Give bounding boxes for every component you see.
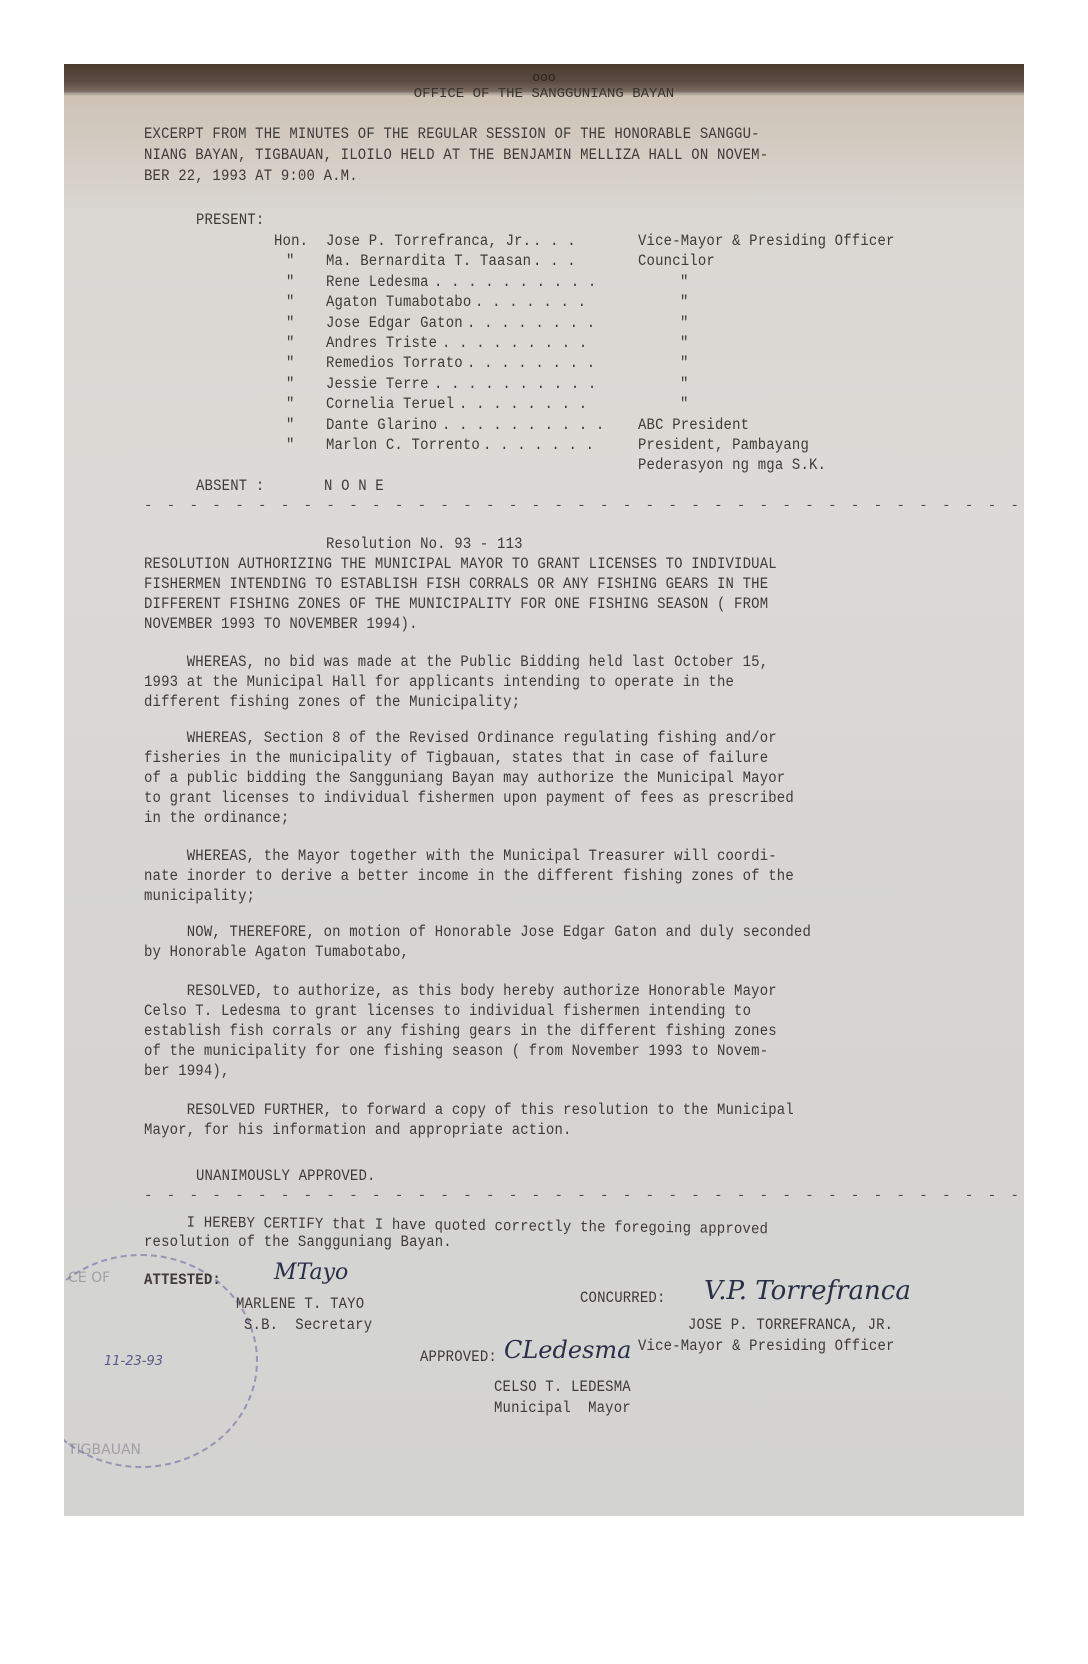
member-position: " bbox=[680, 353, 689, 374]
member-leader-dots: . . . . . . . . bbox=[459, 394, 587, 415]
approved-signature: CLedesma bbox=[504, 1336, 631, 1364]
resolution-title-line: RESOLUTION AUTHORIZING THE MUNICIPAL MAY… bbox=[144, 554, 777, 575]
member-prefix: " bbox=[286, 333, 295, 354]
resolution-title-line: FISHERMEN INTENDING TO ESTABLISH FISH CO… bbox=[144, 574, 768, 595]
member-leader-dots: . . . . . . . . bbox=[467, 353, 595, 374]
member-position: " bbox=[680, 313, 689, 334]
member-name: Marlon C. Torrento bbox=[326, 435, 480, 456]
member-position: ABC President bbox=[638, 415, 749, 436]
member-leader-dots: . . . . . . . . . bbox=[442, 333, 587, 354]
approved-label: APPROVED: bbox=[420, 1347, 497, 1368]
member-prefix: " bbox=[286, 374, 295, 395]
resolution-title-line: NOVEMBER 1993 TO NOVEMBER 1994). bbox=[144, 614, 418, 635]
member-prefix: " bbox=[286, 251, 295, 272]
paragraph-line: Mayor, for his information and appropria… bbox=[144, 1120, 572, 1141]
paragraph-line: Celso T. Ledesma to grant licenses to in… bbox=[144, 1001, 751, 1022]
member-name: Agaton Tumabotabo bbox=[326, 292, 471, 313]
paragraph-line: 1993 at the Municipal Hall for applicant… bbox=[144, 672, 734, 693]
member-prefix: Hon. bbox=[274, 231, 308, 252]
member-position: " bbox=[680, 333, 689, 354]
paragraph-line: RESOLVED, to authorize, as this body her… bbox=[144, 981, 777, 1002]
member-name: Rene Ledesma bbox=[326, 272, 429, 293]
member-leader-dots: . . . . . . . bbox=[475, 292, 586, 313]
concurred-signature: V.P. Torrefranca bbox=[704, 1276, 911, 1306]
certification-line: resolution of the Sangguniang Bayan. bbox=[144, 1232, 452, 1253]
member-leader-dots: . . . . . . . . . . bbox=[434, 272, 596, 293]
paragraph-line: ber 1994), bbox=[144, 1061, 230, 1082]
paragraph-line: WHEREAS, the Mayor together with the Mun… bbox=[144, 846, 777, 867]
paragraph-line: to grant licenses to individual fisherme… bbox=[144, 788, 794, 809]
member-name: Cornelia Teruel bbox=[326, 394, 454, 415]
member-leader-dots: . . . bbox=[533, 231, 576, 252]
concurred-title: Vice-Mayor & Presiding Officer bbox=[638, 1336, 895, 1357]
separator-line-2: - - - - - - - - - - - - - - - - - - - - … bbox=[144, 1188, 1024, 1204]
resolution-title-line: DIFFERENT FISHING ZONES OF THE MUNICIPAL… bbox=[144, 594, 768, 615]
excerpt-line: NIANG BAYAN, TIGBAUAN, ILOILO HELD AT TH… bbox=[144, 145, 768, 166]
member-leader-dots: . . . bbox=[533, 251, 576, 272]
paragraph-line: different fishing zones of the Municipal… bbox=[144, 692, 520, 713]
attested-title: S.B. Secretary bbox=[244, 1315, 372, 1336]
member-position: Councilor bbox=[638, 251, 715, 272]
absent-value: N O N E bbox=[324, 476, 384, 497]
member-position: President, Pambayang bbox=[638, 435, 809, 456]
separator-line: - - - - - - - - - - - - - - - - - - - - … bbox=[144, 498, 1024, 514]
member-leader-dots: . . . . . . . . . . bbox=[434, 374, 596, 395]
paragraph-line: of the municipality for one fishing seas… bbox=[144, 1041, 768, 1062]
member-prefix: " bbox=[286, 353, 295, 374]
attested-name: MARLENE T. TAYO bbox=[236, 1294, 364, 1315]
member-leader-dots: . . . . . . . . bbox=[467, 313, 595, 334]
resolution-number: Resolution No. 93 - 113 bbox=[326, 534, 523, 555]
member-position: " bbox=[680, 292, 689, 313]
stamp-fragment: TIGBAUAN bbox=[68, 1442, 141, 1458]
attested-signature: MTayo bbox=[274, 1260, 348, 1285]
member-position: Vice-Mayor & Presiding Officer bbox=[638, 231, 895, 252]
paragraph-line: by Honorable Agaton Tumabotabo, bbox=[144, 942, 409, 963]
paragraph-line: RESOLVED FURTHER, to forward a copy of t… bbox=[144, 1100, 794, 1121]
handwritten-date: 11-23-93 bbox=[104, 1354, 163, 1369]
position-continuation: Pederasyon ng mga S.K. bbox=[638, 455, 826, 476]
member-name: Dante Glarino bbox=[326, 415, 437, 436]
paragraph-line: in the ordinance; bbox=[144, 808, 289, 829]
member-prefix: " bbox=[286, 272, 295, 293]
paragraph-line: nate inorder to derive a better income i… bbox=[144, 866, 794, 887]
header-mark: ooo bbox=[64, 70, 1024, 85]
concurred-label: CONCURRED: bbox=[580, 1288, 666, 1309]
approved-title: Municipal Mayor bbox=[494, 1398, 631, 1419]
paragraph-line: WHEREAS, Section 8 of the Revised Ordina… bbox=[144, 728, 777, 749]
paragraph-line: municipality; bbox=[144, 886, 255, 907]
member-name: Ma. Bernardita T. Taasan bbox=[326, 251, 531, 272]
office-title: OFFICE OF THE SANGGUNIANG BAYAN bbox=[64, 86, 1024, 102]
paragraph-line: of a public bidding the Sangguniang Baya… bbox=[144, 768, 785, 789]
absent-label: ABSENT : bbox=[196, 476, 264, 497]
member-prefix: " bbox=[286, 394, 295, 415]
member-name: Jose Edgar Gaton bbox=[326, 313, 463, 334]
member-prefix: " bbox=[286, 313, 295, 334]
member-position: " bbox=[680, 394, 689, 415]
paragraph-line: WHEREAS, no bid was made at the Public B… bbox=[144, 652, 768, 673]
member-prefix: " bbox=[286, 435, 295, 456]
attested-label: ATTESTED: bbox=[144, 1270, 221, 1291]
member-position: " bbox=[680, 374, 689, 395]
excerpt-line: EXCERPT FROM THE MINUTES OF THE REGULAR … bbox=[144, 124, 760, 145]
member-position: " bbox=[680, 272, 689, 293]
present-label: PRESENT: bbox=[196, 210, 264, 231]
member-name: Jessie Terre bbox=[326, 374, 429, 395]
member-leader-dots: . . . . . . . . . . bbox=[442, 415, 604, 436]
document-photo: ooo OFFICE OF THE SANGGUNIANG BAYAN EXCE… bbox=[64, 64, 1024, 1516]
paragraph-line: NOW, THEREFORE, on motion of Honorable J… bbox=[144, 922, 811, 943]
member-name: Andres Triste bbox=[326, 333, 437, 354]
approval-text: UNANIMOUSLY APPROVED. bbox=[196, 1166, 376, 1187]
member-name: Jose P. Torrefranca, Jr. bbox=[326, 231, 531, 252]
excerpt-line: BER 22, 1993 AT 9:00 A.M. bbox=[144, 166, 358, 187]
paragraph-line: fisheries in the municipality of Tigbaua… bbox=[144, 748, 768, 769]
member-leader-dots: . . . . . . . bbox=[483, 435, 594, 456]
approved-name: CELSO T. LEDESMA bbox=[494, 1377, 631, 1398]
member-prefix: " bbox=[286, 292, 295, 313]
member-name: Remedios Torrato bbox=[326, 353, 463, 374]
concurred-name: JOSE P. TORREFRANCA, JR. bbox=[688, 1315, 893, 1336]
stamp-fragment: CE OF bbox=[68, 1270, 110, 1286]
member-prefix: " bbox=[286, 415, 295, 436]
paragraph-line: establish fish corrals or any fishing ge… bbox=[144, 1021, 777, 1042]
